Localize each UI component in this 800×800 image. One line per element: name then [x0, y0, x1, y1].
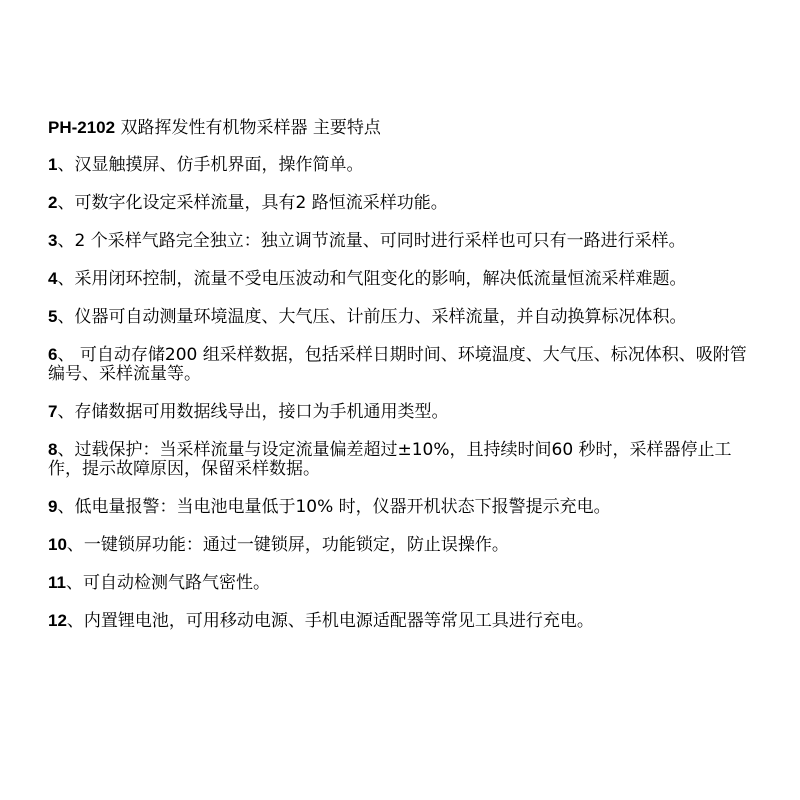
feature-text: 、过载保护：当采样流量与设定流量偏差超过±10%，且持续时间60 秒时，采样器停… [48, 440, 732, 479]
feature-item-5: 5、仪器可自动测量环境温度、大气压、计前压力、采样流量，并自动换算标况体积。 [48, 307, 748, 327]
feature-item-8: 8、过载保护：当采样流量与设定流量偏差超过±10%，且持续时间60 秒时，采样器… [48, 440, 748, 479]
feature-text: 、内置锂电池，可用移动电源、手机电源适配器等常见工具进行充电。 [67, 611, 594, 631]
feature-item-12: 12、内置锂电池，可用移动电源、手机电源适配器等常见工具进行充电。 [48, 611, 748, 631]
model-code: PH-2102 [48, 118, 115, 137]
feature-number: 10 [48, 535, 67, 554]
feature-number: 11 [48, 573, 66, 592]
feature-number: 12 [48, 611, 67, 630]
feature-item-2: 2、可数字化设定采样流量，具有2 路恒流采样功能。 [48, 193, 748, 213]
feature-text: 、采用闭环控制，流量不受电压波动和气阻变化的影响，解决低流量恒流采样难题。 [57, 269, 686, 289]
feature-item-3: 3、2 个采样气路完全独立：独立调节流量、可同时进行采样也可只有一路进行采样。 [48, 231, 748, 251]
feature-item-4: 4、采用闭环控制，流量不受电压波动和气阻变化的影响，解决低流量恒流采样难题。 [48, 269, 748, 289]
feature-item-10: 10、一键锁屏功能：通过一键锁屏，功能锁定，防止误操作。 [48, 535, 748, 555]
document: PH-2102 双路挥发性有机物采样器 主要特点 1、汉显触摸屏、仿手机界面，操… [48, 118, 748, 649]
feature-text: 、存储数据可用数据线导出，接口为手机通用类型。 [57, 402, 448, 422]
feature-text: 、一键锁屏功能：通过一键锁屏，功能锁定，防止误操作。 [67, 535, 509, 555]
feature-text: 、低电量报警：当电池电量低于10% 时，仪器开机状态下报警提示充电。 [57, 497, 610, 517]
feature-text: 、2 个采样气路完全独立：独立调节流量、可同时进行采样也可只有一路进行采样。 [57, 231, 685, 251]
feature-item-9: 9、低电量报警：当电池电量低于10% 时，仪器开机状态下报警提示充电。 [48, 497, 748, 517]
feature-item-1: 1、汉显触摸屏、仿手机界面，操作简单。 [48, 155, 748, 175]
feature-text: 、 可自动存储200 组采样数据，包括采样日期时间、环境温度、大气压、标况体积、… [48, 345, 747, 384]
feature-item-6: 6、 可自动存储200 组采样数据，包括采样日期时间、环境温度、大气压、标况体积… [48, 345, 748, 384]
feature-text: 、汉显触摸屏、仿手机界面，操作简单。 [57, 155, 363, 175]
feature-item-7: 7、存储数据可用数据线导出，接口为手机通用类型。 [48, 402, 748, 422]
feature-item-11: 11、可自动检测气路气密性。 [48, 573, 748, 593]
feature-text: 、可自动检测气路气密性。 [66, 573, 270, 593]
feature-text: 、可数字化设定采样流量，具有2 路恒流采样功能。 [57, 193, 447, 213]
title-text: 双路挥发性有机物采样器 主要特点 [115, 118, 381, 138]
document-title: PH-2102 双路挥发性有机物采样器 主要特点 [48, 118, 748, 138]
feature-text: 、仪器可自动测量环境温度、大气压、计前压力、采样流量，并自动换算标况体积。 [57, 307, 686, 327]
